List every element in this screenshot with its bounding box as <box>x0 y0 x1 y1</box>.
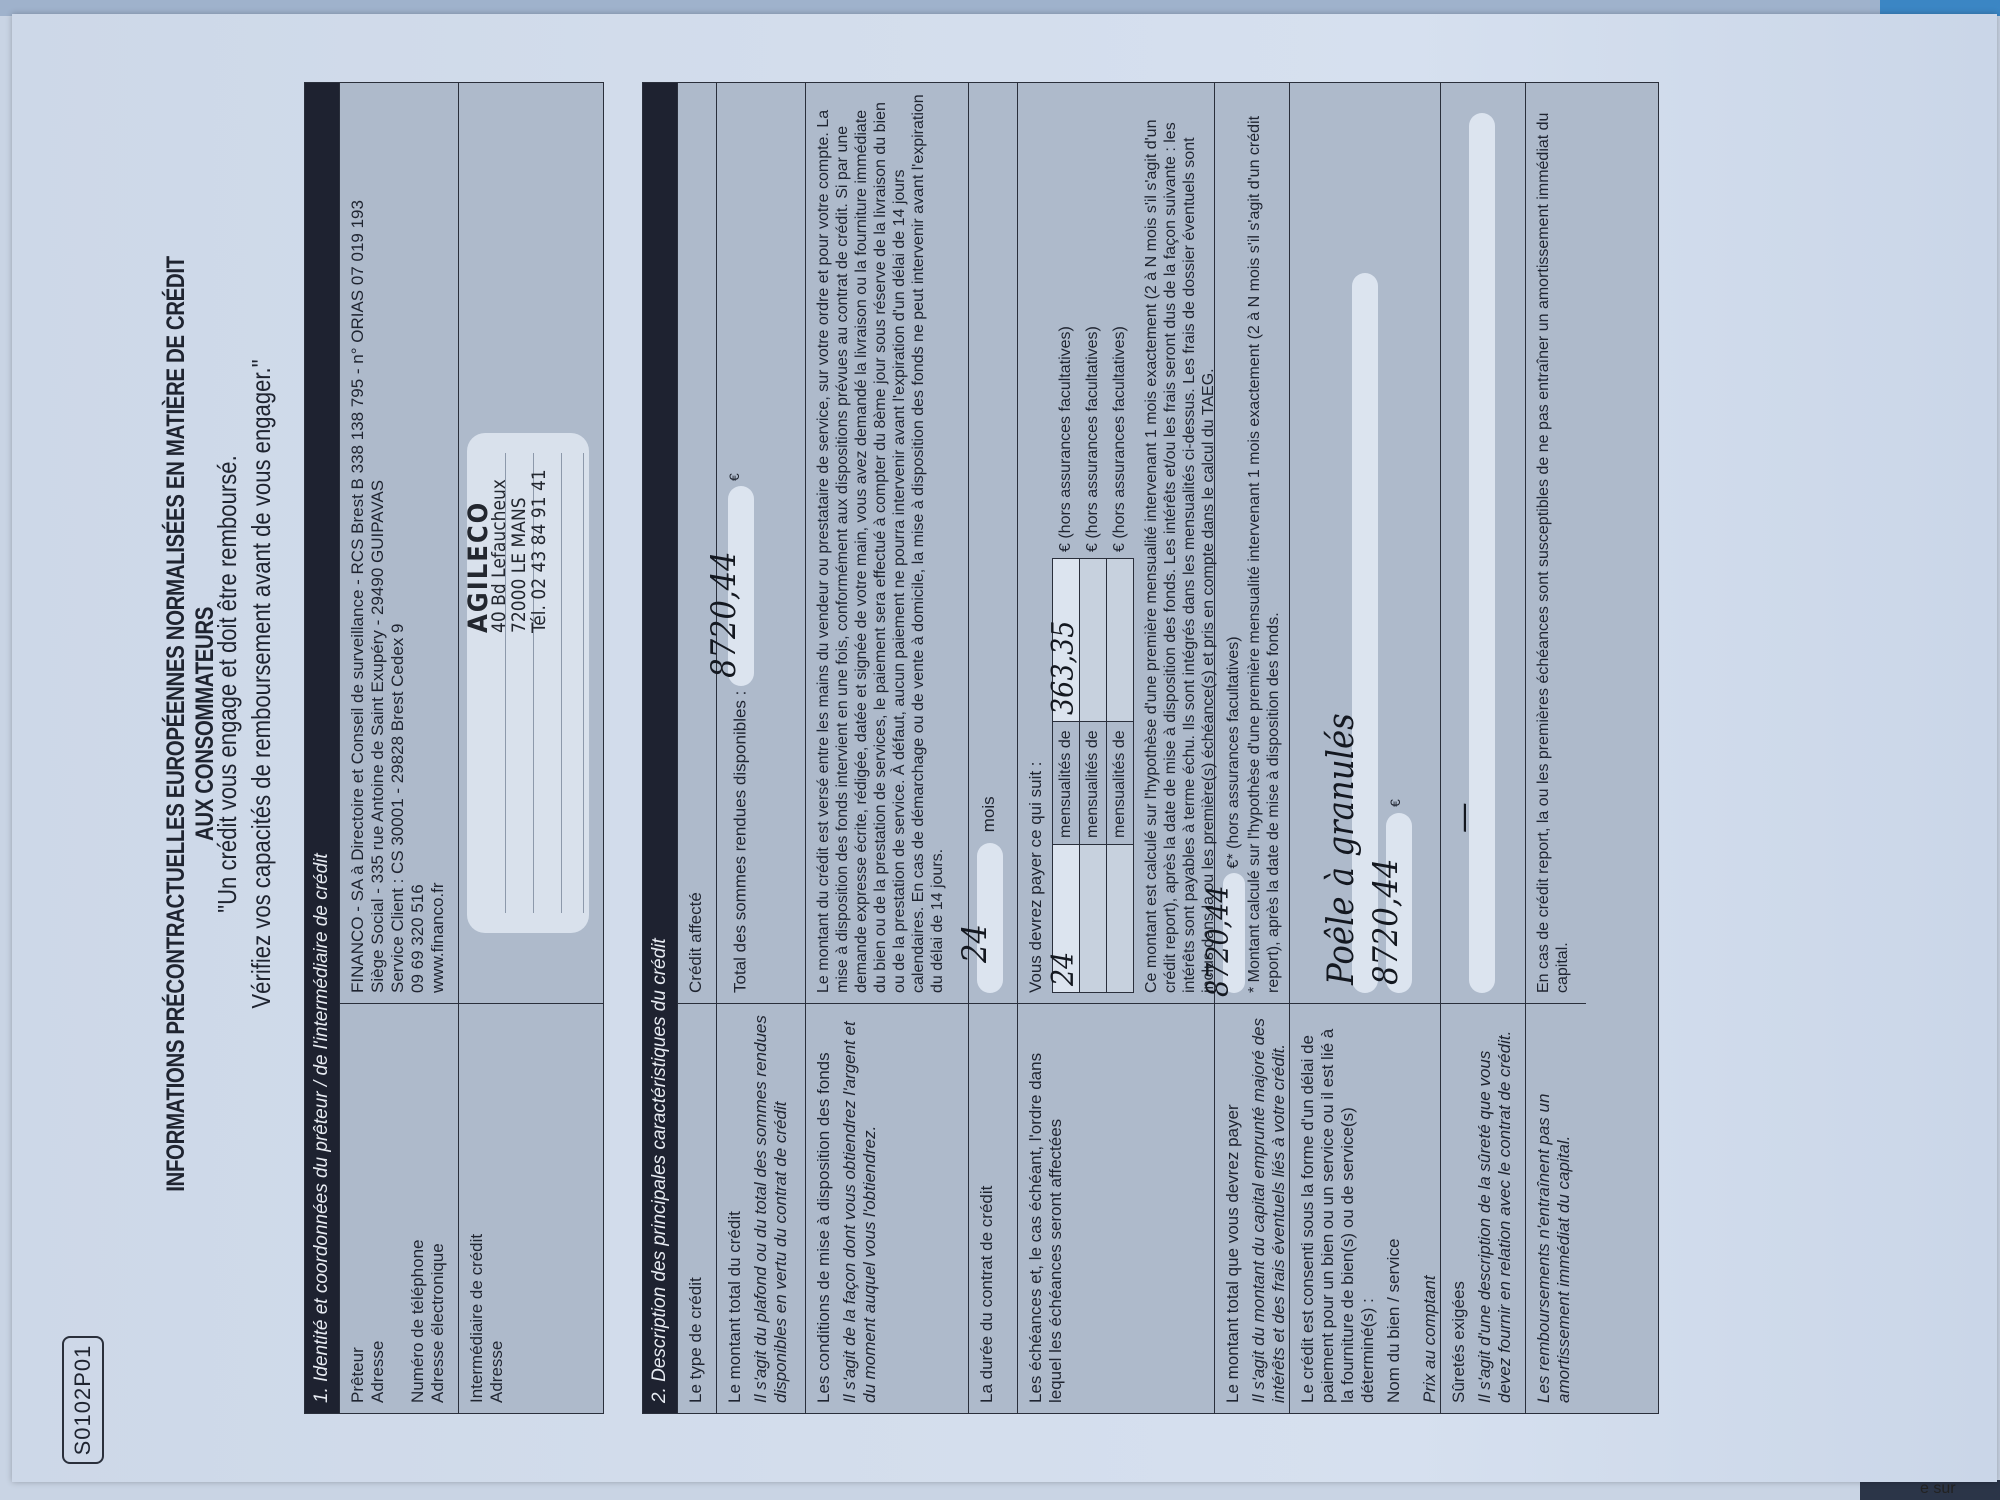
warning-quote-line1: "Un crédit vous engage et doit être remb… <box>212 259 243 1109</box>
section-credit-characteristics: 2. Description des principales caractéri… <box>642 82 1659 1414</box>
row-duration: La durée du contrat de crédit 24 mois <box>968 83 1017 1413</box>
installment-count-field[interactable] <box>1107 845 1134 993</box>
total-to-pay-field[interactable]: 8720,44 <box>1223 873 1245 993</box>
installment-count-field[interactable]: 24 <box>1053 845 1080 993</box>
duration-field[interactable]: 24 <box>977 843 1003 993</box>
paper-sheet: S0102P01 INFORMATIONS PRÉCONTRACTUELLES … <box>12 14 1997 1482</box>
installment-row: mensualités de € (hors assurances facult… <box>1080 320 1107 993</box>
lender-details: FINANCO - SA à Directoire et Conseil de … <box>340 83 458 1003</box>
installment-row: mensualités de € (hors assurances facult… <box>1107 320 1134 993</box>
goods-price-field[interactable]: 8720,44 <box>1386 813 1412 993</box>
form-page: S0102P01 INFORMATIONS PRÉCONTRACTUELLES … <box>42 44 1802 1484</box>
installment-amount-field[interactable] <box>1080 559 1107 722</box>
section2-heading: 2. Description des principales caractéri… <box>643 83 677 1413</box>
guarantees-field[interactable]: — <box>1469 113 1495 993</box>
total-amount-field[interactable]: 8720,44 <box>728 486 754 686</box>
installment-amount-field[interactable]: 363,35 <box>1053 559 1080 722</box>
intermediary-address-field[interactable]: AGILECO 40 Bd Lefaucheux 72000 LE MANS T… <box>467 433 589 933</box>
installments-table: 24 mensualités de 363,35 € (hors assuran… <box>1052 319 1134 993</box>
repayments-text: En cas de crédit report, la ou les premi… <box>1526 83 1586 1003</box>
form-code: S0102P01 <box>62 1336 104 1464</box>
section-lender-identity: 1. Identité et coordonnées du prêteur / … <box>304 82 604 1414</box>
section1-heading: 1. Identité et coordonnées du prêteur / … <box>305 83 339 1413</box>
installment-row: 24 mensualités de 363,35 € (hors assuran… <box>1053 320 1080 993</box>
installment-amount-field[interactable] <box>1107 559 1134 722</box>
row-goods-service: Le crédit est consenti sous la forme d'u… <box>1289 83 1440 1413</box>
row-total-credit: Le montant total du crédit Il s'agit du … <box>716 83 805 1413</box>
installment-count-field[interactable] <box>1080 845 1107 993</box>
installments-footnote: Ce montant est calculé sur l'hypothèse d… <box>1142 93 1218 993</box>
lender-row: Prêteur Adresse Numéro de téléphone Adre… <box>339 83 458 1413</box>
background-edge-text: e sur <box>1920 1480 1956 1498</box>
row-total-to-pay: Le montant total que vous devrez payer I… <box>1214 83 1289 1413</box>
row-repayments: Les remboursements n'entraînent pas un a… <box>1525 83 1586 1413</box>
warning-quote-line2: Vérifiez vos capacités de remboursement … <box>246 259 277 1109</box>
row-credit-type: Le type de crédit Crédit affecté <box>677 83 716 1413</box>
row-guarantees: Sûretés exigées Il s'agit d'une descript… <box>1440 83 1525 1413</box>
intermediary-labels: Intermédiaire de crédit Adresse <box>459 1003 603 1413</box>
row-installments: Les échéances et, le cas échéant, l'ordr… <box>1017 83 1214 1413</box>
intermediary-row: Intermédiaire de crédit Adresse AGILECO … <box>458 83 603 1413</box>
intermediary-stamp: AGILECO 40 Bd Lefaucheux 72000 LE MANS T… <box>469 469 549 633</box>
lender-labels: Prêteur Adresse Numéro de téléphone Adre… <box>340 1003 458 1413</box>
row-fund-conditions: Les conditions de mise à disposition des… <box>805 83 968 1413</box>
credit-type-value: Crédit affecté <box>678 83 716 1003</box>
fund-conditions-text: Le montant du crédit est versé entre les… <box>806 83 968 1003</box>
lender-website: www.financo.fr <box>428 93 448 993</box>
